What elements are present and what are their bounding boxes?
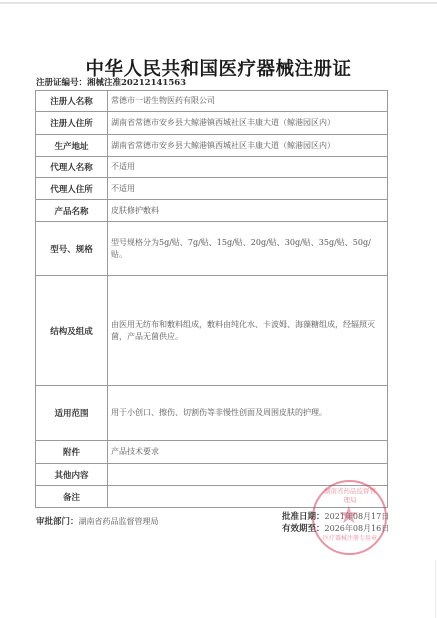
approval-dept-label: 审批部门：	[36, 517, 79, 527]
row-label: 结构及组成	[36, 276, 108, 386]
table-row: 注册人名称 常德市一诺生物医药有限公司	[36, 91, 388, 112]
row-label: 产品名称	[36, 200, 108, 222]
row-label: 注册人名称	[36, 91, 108, 112]
row-value: 皮肤修护敷料	[108, 200, 388, 222]
row-value: 由医用无纺布和敷料组成，敷料由纯化水、卡波姆、海藻糖组成，经辐照灭菌，产品无菌供…	[108, 276, 388, 386]
valid-until-value: 2026年08月16日	[325, 524, 390, 533]
approval-date-label: 批准日期：	[282, 512, 325, 522]
approval-date-line: 批准日期：2021年08月17日	[282, 511, 389, 523]
row-value: 不适用	[108, 157, 388, 178]
row-label: 代理人名称	[36, 157, 108, 178]
row-label: 附件	[36, 441, 108, 464]
table-row: 生产地址 湖南省常德市安乡县大鲸港镇西城社区丰康大道（鲸港园区内）	[36, 135, 388, 157]
certificate-table: 注册人名称 常德市一诺生物医药有限公司 注册人住所 湖南省常德市安乡县大鲸港镇西…	[35, 90, 388, 508]
row-value: 产品技术要求	[108, 441, 388, 464]
registration-number-label: 注册证编号：	[36, 78, 87, 88]
approval-dept-value: 湖南省药品监督管理局	[79, 517, 159, 526]
table-row: 型号、规格 型号规格分为5g/贴、7g/贴、15g/贴、20g/贴、30g/贴、…	[36, 222, 388, 276]
row-label: 注册人住所	[36, 112, 108, 135]
approval-dates: 批准日期：2021年08月17日 有效期至：2026年08月16日	[282, 511, 389, 535]
row-value: 湖南省常德市安乡县大鲸港镇西城社区丰康大道（鲸港园区内）	[108, 112, 388, 135]
valid-until-line: 有效期至：2026年08月16日	[282, 523, 389, 535]
registration-number: 注册证编号：湘械注准20212141563	[36, 76, 186, 88]
table-row: 产品名称 皮肤修护敷料	[36, 200, 388, 222]
table-row: 代理人名称 不适用	[36, 157, 388, 178]
table-row: 适用范围 用于小创口、擦伤、切割伤等非慢性创面及周围皮肤的护理。	[36, 386, 388, 441]
row-value: 型号规格分为5g/贴、7g/贴、15g/贴、20g/贴、30g/贴、35g/贴、…	[108, 222, 388, 276]
table-row: 代理人住所 不适用	[36, 178, 388, 200]
row-label: 代理人住所	[36, 178, 108, 200]
row-value: 不适用	[108, 178, 388, 200]
scan-edge-top	[0, 2, 437, 4]
row-label: 其他内容	[36, 464, 108, 486]
row-value: 用于小创口、擦伤、切割伤等非慢性创面及周围皮肤的护理。	[108, 386, 388, 441]
row-label: 适用范围	[36, 386, 108, 441]
row-value: 湖南省常德市安乡县大鲸港镇西城社区丰康大道（鲸港园区内）	[108, 135, 388, 157]
registration-number-value: 湘械注准20212141563	[87, 78, 186, 88]
table-row: 注册人住所 湖南省常德市安乡县大鲸港镇西城社区丰康大道（鲸港园区内）	[36, 112, 388, 135]
approval-date-value: 2021年08月17日	[325, 512, 390, 521]
row-label: 型号、规格	[36, 222, 108, 276]
valid-until-label: 有效期至：	[282, 524, 325, 534]
row-label: 备注	[36, 486, 108, 508]
row-label: 生产地址	[36, 135, 108, 157]
table-row: 附件 产品技术要求	[36, 441, 388, 464]
scan-edge-right	[435, 560, 436, 618]
row-value: 常德市一诺生物医药有限公司	[108, 91, 388, 112]
table-row: 结构及组成 由医用无纺布和敷料组成，敷料由纯化水、卡波姆、海藻糖组成，经辐照灭菌…	[36, 276, 388, 386]
approval-department: 审批部门：湖南省药品监督管理局	[36, 515, 159, 527]
